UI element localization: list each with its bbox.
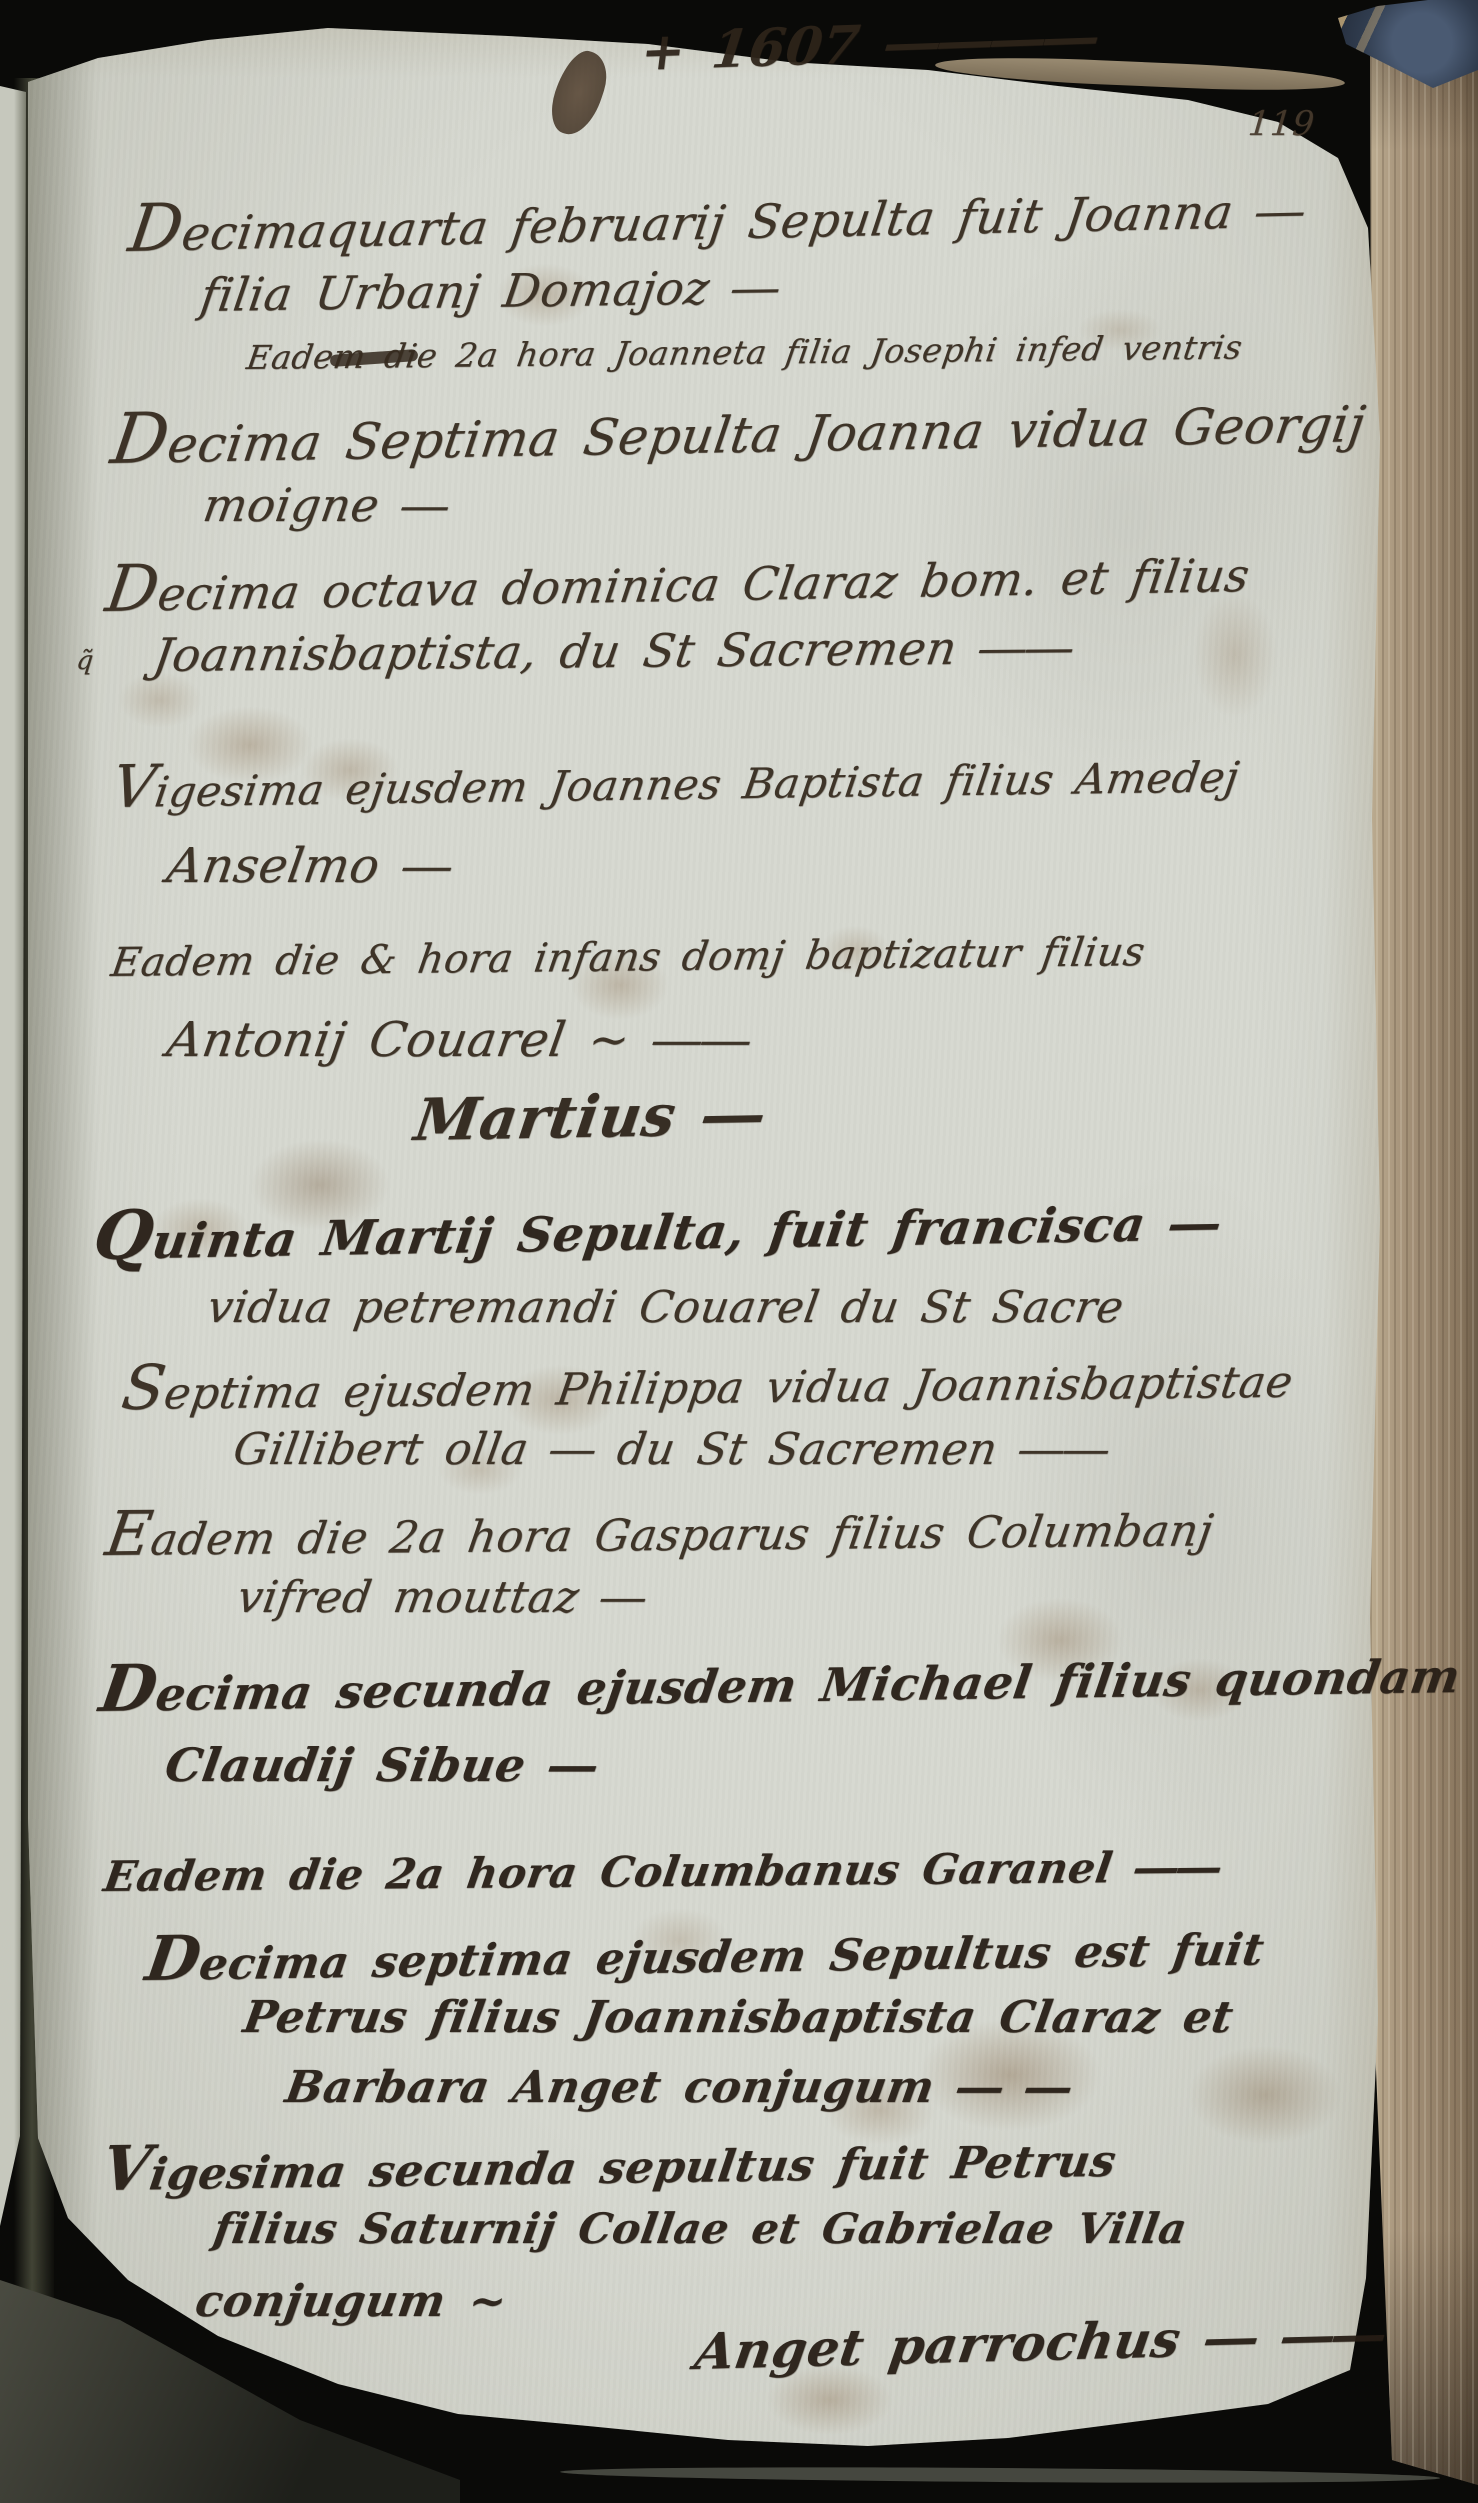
register-line: vidua petremandi Couarel du St Sacre xyxy=(204,1282,1127,1333)
manuscript-scan: + 1607 ―――― 119 q̃ Decimaquarta februari… xyxy=(0,0,1478,2503)
page-bottom-edge-highlight xyxy=(560,2465,1440,2485)
register-line: Septima ejusdem Philippa vidua Joannisba… xyxy=(117,1340,1299,1424)
register-line: conjugum ~ xyxy=(192,2276,511,2327)
marginal-note: q̃ xyxy=(75,646,95,676)
register-line: Claudij Sibue ― xyxy=(161,1738,600,1792)
folio-number: 119 xyxy=(1247,104,1317,144)
register-line: filius Saturnij Collae et Gabrielae Vill… xyxy=(210,2204,1190,2253)
register-line: Gillibert olla ― du St Sacremen ―― xyxy=(230,1424,1113,1475)
register-line: Joannisbaptista, du St Sacremen ―― xyxy=(150,620,1077,682)
register-line: vifred mouttaz ― xyxy=(234,1572,650,1623)
register-line: Eadem die 2a hora Columbanus Garanel ―― xyxy=(101,1842,1225,1901)
register-line: Eadem die 2a hora Gasparus filius Columb… xyxy=(101,1488,1219,1570)
register-line: Petrus filius Joannisbaptista Claraz et xyxy=(240,1992,1237,2043)
month-heading: Martius ― xyxy=(410,1080,767,1154)
register-line: Anselmo ― xyxy=(163,838,456,894)
register-line: Vigesima secunda sepultus fuit Petrus xyxy=(97,2118,1122,2205)
register-line: moigne ― xyxy=(199,478,453,532)
register-line: filia Urbanj Domajoz ― xyxy=(197,260,783,322)
register-line: Antonij Couarel ~ ―― xyxy=(163,1012,755,1068)
register-line: Barbara Anget conjugum ― ― xyxy=(282,2062,1075,2113)
